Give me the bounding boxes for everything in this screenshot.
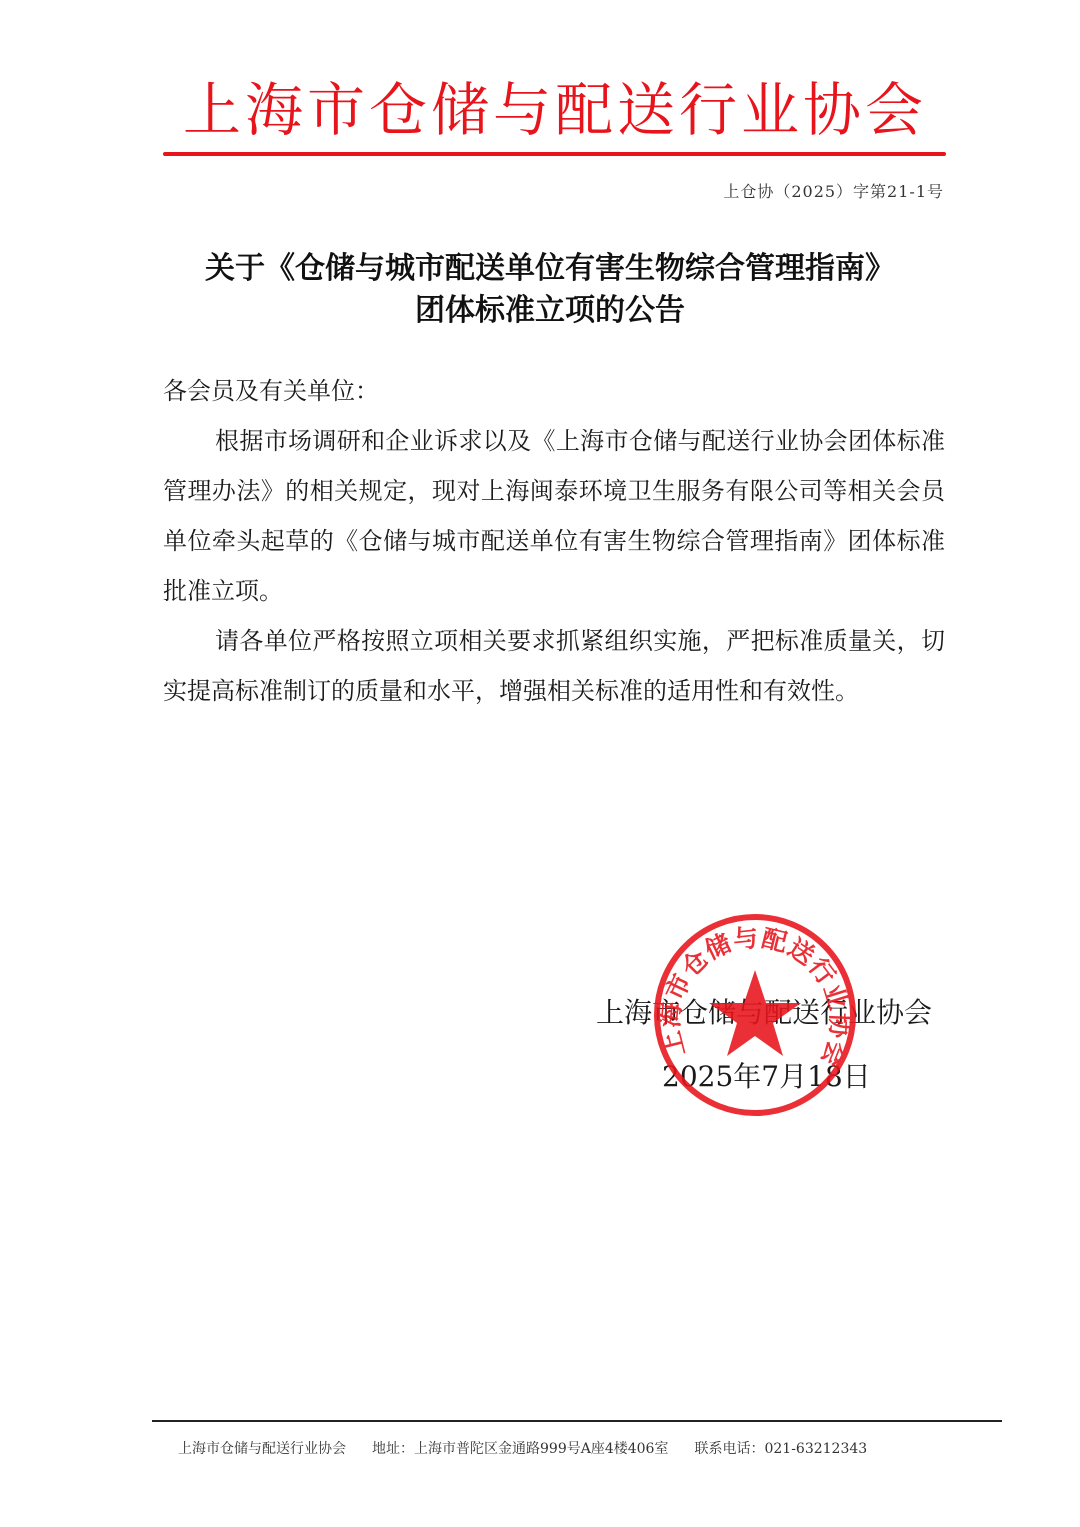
star-icon [709, 970, 801, 1056]
title-line-2: 团体标准立项的公告 [160, 290, 940, 332]
document-number: 上仓协（2025）字第21-1号 [723, 180, 944, 204]
footer: 上海市仓储与配送行业协会地址：上海市普陀区金通路999号A座4楼406室联系电话… [178, 1438, 893, 1460]
masthead-org-name: 上海市仓储与配送行业协会 [160, 72, 950, 148]
salutation: 各会员及有关单位： [163, 366, 945, 416]
title-line-1: 关于《仓储与城市配送单位有害生物综合管理指南》 [160, 248, 940, 290]
masthead-red-rule [163, 152, 946, 156]
footer-org: 上海市仓储与配送行业协会 [178, 1441, 346, 1457]
official-seal: 上海市仓储与配送行业协会 [652, 912, 858, 1118]
footer-address: 地址：上海市普陀区金通路999号A座4楼406室 [372, 1441, 668, 1457]
body-paragraph-2: 请各单位严格按照立项相关要求抓紧组织实施，严把标准质量关，切实提高标准制订的质量… [163, 616, 945, 716]
footer-rule [152, 1420, 1002, 1422]
footer-phone: 联系电话：021-63212343 [694, 1441, 867, 1457]
announcement-title: 关于《仓储与城市配送单位有害生物综合管理指南》 团体标准立项的公告 [160, 248, 940, 332]
body-paragraph-1: 根据市场调研和企业诉求以及《上海市仓储与配送行业协会团体标准管理办法》的相关规定… [163, 416, 945, 616]
announcement-body: 各会员及有关单位： 根据市场调研和企业诉求以及《上海市仓储与配送行业协会团体标准… [163, 366, 945, 716]
